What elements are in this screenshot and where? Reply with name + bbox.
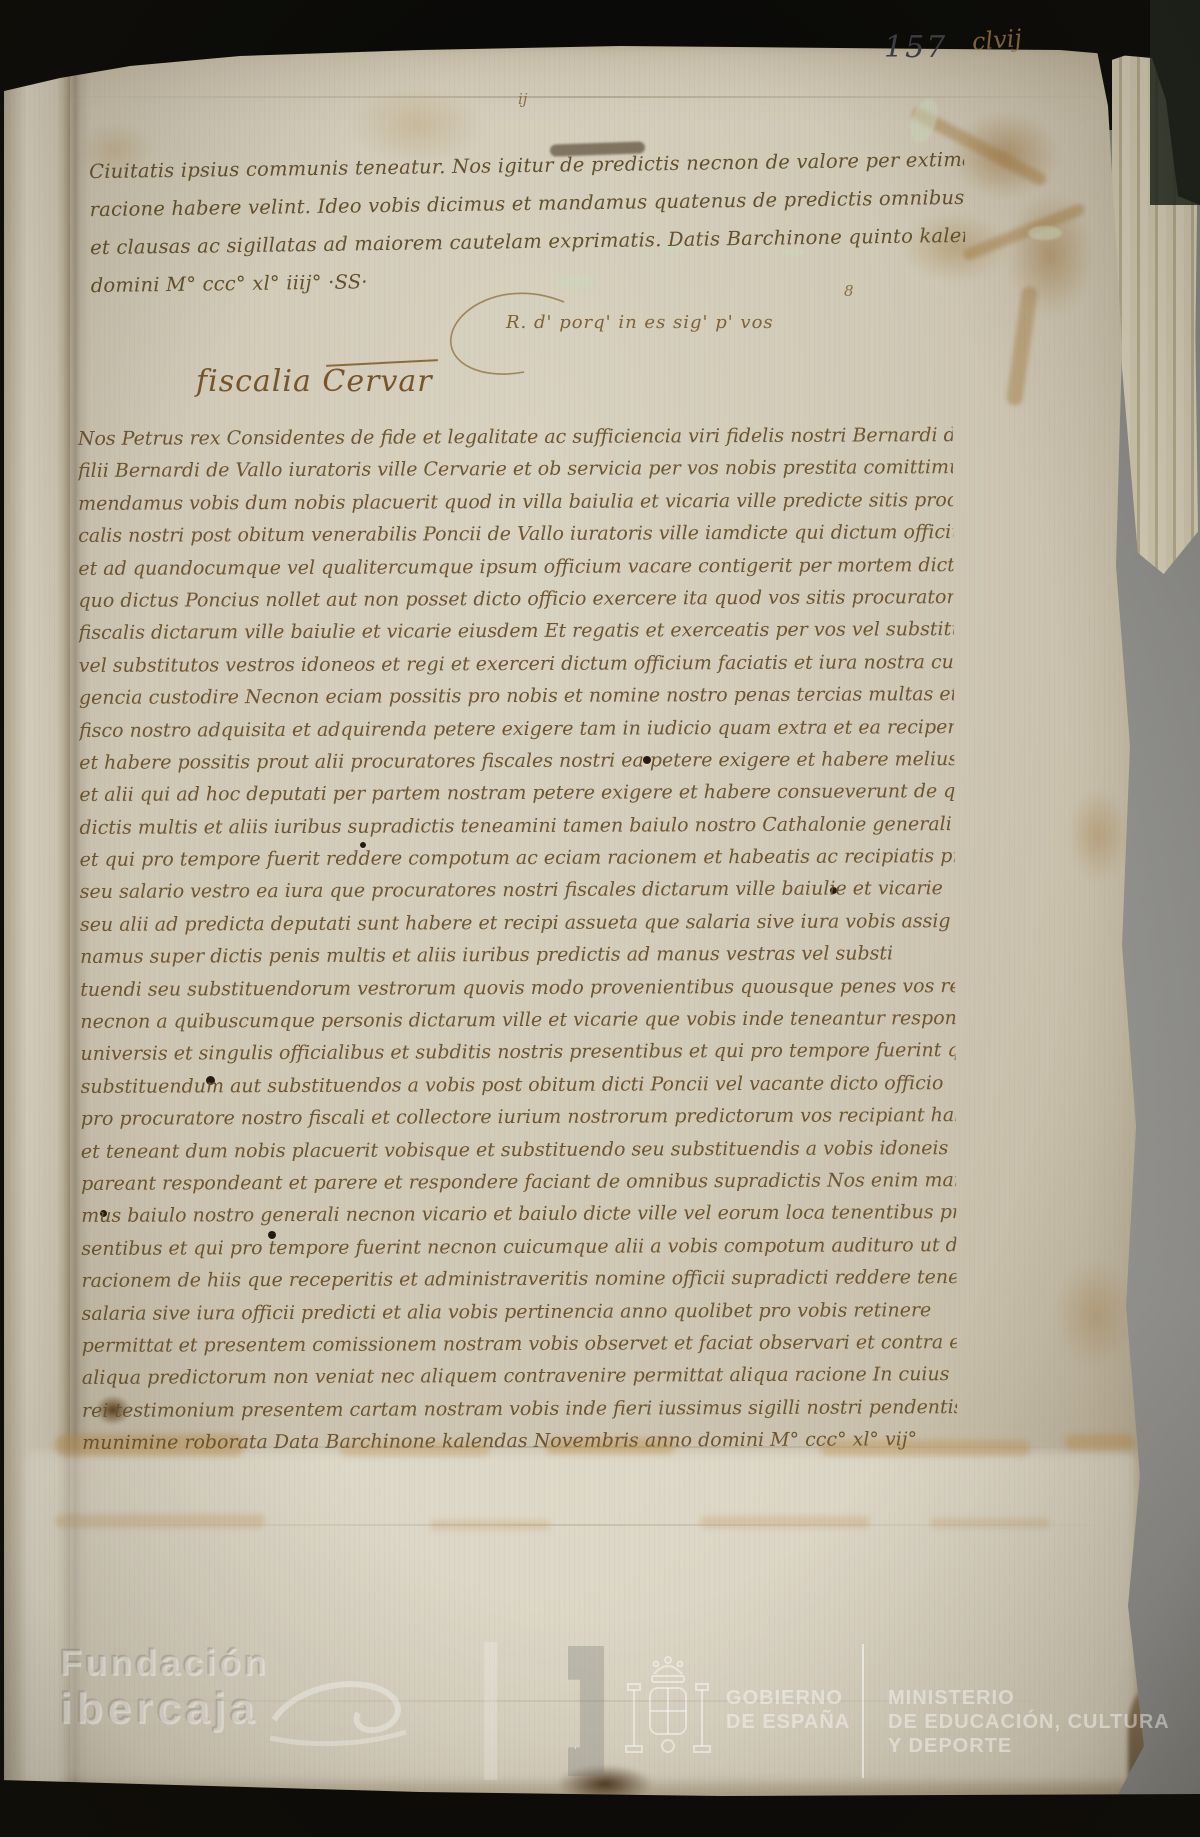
manuscript-line: racionem de hiis que receperitis et admi… [81,1266,956,1302]
fold-stain [700,1516,870,1528]
quire-mark: ij [518,90,527,108]
manuscript-line: seu alii ad predicta deputati sunt haber… [80,910,955,946]
paper-mark [1028,226,1062,240]
manuscript-line: calis nostri post obitum venerabilis Pon… [78,521,953,557]
manuscript-line: et alii qui ad hoc deputati per partem n… [79,780,954,816]
watermark-divider [862,1644,864,1778]
fold-stain [55,1514,265,1528]
ministerio-line3: Y DEPORTE [888,1734,1170,1758]
fundacion-watermark-line2: ibercaja [60,1684,258,1734]
manuscript-line: et teneant dum nobis placuerit vobisque … [81,1137,956,1173]
gobierno-line2: DE ESPAÑA [726,1710,850,1734]
registration-note: R. d' porq' in es sig' p' vos [506,312,836,333]
gobierno-line1: GOBIERNO [726,1686,850,1710]
manuscript-line: necnon a quibuscumque personis dictarum … [80,1007,955,1043]
manuscript-line: dictis multis et aliis iuribus supradict… [79,813,954,849]
registration-mark: 8 [844,282,854,300]
ministerio-watermark-text: MINISTERIO DE EDUCACIÓN, CULTURA Y DEPOR… [888,1686,1170,1758]
manuscript-line: mus baiulo nostro generali necnon vicari… [81,1201,956,1237]
binding-page-edge [4,56,70,1798]
manuscript-line: et qui pro tempore fuerit reddere compot… [80,845,955,881]
paper-crease [30,1524,1136,1526]
manuscript-line: sentibus et qui pro tempore fuerint necn… [81,1234,956,1270]
manuscript-page: ij Ciuitatis ipsius communis teneatur. N… [4,46,1162,1798]
manuscript-line: aliqua predictorum non veniat nec alique… [82,1363,957,1399]
manuscript-line: et habere possitis prout alii procurator… [79,748,954,784]
folio-roman-number: clvij [971,24,1023,56]
fundacion-watermark-line1: Fundación [60,1642,269,1684]
manuscript-line: namus super dictis penis multis et aliis… [80,942,955,978]
body-text-block: Nos Petrus rex Considentes de fide et le… [78,424,958,1464]
fold-stain [930,1518,1050,1528]
manuscript-line: pro procuratore nostro fiscali et collec… [81,1104,956,1140]
paper-stain [961,202,1086,262]
manuscript-line: et ad quandocumque vel qualitercumque ip… [78,554,953,590]
manuscript-line: rei testimonium presentem cartam nostram… [82,1396,957,1432]
paper-mark [905,95,942,146]
manuscript-line: universis et singulis officialibus et su… [80,1040,955,1076]
photo-corner-shadow [1150,0,1200,205]
paper-crease [40,96,1140,98]
ministerio-line2: DE EDUCACIÓN, CULTURA [888,1710,1170,1734]
manuscript-line: fisco nostro adquisita et adquirenda pet… [79,716,954,752]
fold-stain [430,1520,550,1530]
folio-number: 157 [884,30,947,65]
manuscript-line: vel substitutos vestros idoneos et regi … [79,651,954,687]
closing-text-block: Ciuitatis ipsius communis teneatur. Nos … [89,148,966,312]
manuscript-line: munimine roborata Data Barchinone kalend… [82,1428,957,1464]
fold-stain [1065,1434,1135,1450]
manuscript-line: gencia custodire Necnon eciam possitis p… [79,683,954,719]
manuscript-line: filii Bernardi de Vallo iuratoris ville … [78,456,953,492]
manuscript-line: Nos Petrus rex Considentes de fide et le… [78,424,953,460]
manuscript-line: seu salario vestro ea iura que procurato… [80,878,955,914]
spain-coat-of-arms-icon [620,1652,716,1768]
ministerio-line1: MINISTERIO [888,1686,1170,1710]
manuscript-line: quo dictus Poncius nollet aut non posset… [78,586,953,622]
manuscript-line: salaria sive iura officii predicti et al… [82,1299,957,1335]
manuscript-line: tuendi seu substituendorum vestrorum quo… [80,975,955,1011]
manuscript-line: fiscalis dictarum ville baiulie et vicar… [79,618,954,654]
watermark-bar-icon [484,1642,497,1780]
document-heading: fiscalia Cervar [196,364,433,399]
paper-stain [990,170,1110,340]
paper-stain [1006,285,1039,406]
manuscript-line: substituendum aut substituendos a vobis … [81,1072,956,1108]
manuscript-photo: ij Ciuitatis ipsius communis teneatur. N… [0,0,1200,1837]
manuscript-line: mendamus vobis dum nobis placuerit quod … [78,489,953,525]
manuscript-line: permittat et presentem comissionem nostr… [82,1331,957,1367]
manuscript-line: pareant respondeant et parere et respond… [81,1169,956,1205]
ibercaja-logo-icon [266,1668,416,1764]
gobierno-watermark-text: GOBIERNO DE ESPAÑA [726,1686,850,1734]
